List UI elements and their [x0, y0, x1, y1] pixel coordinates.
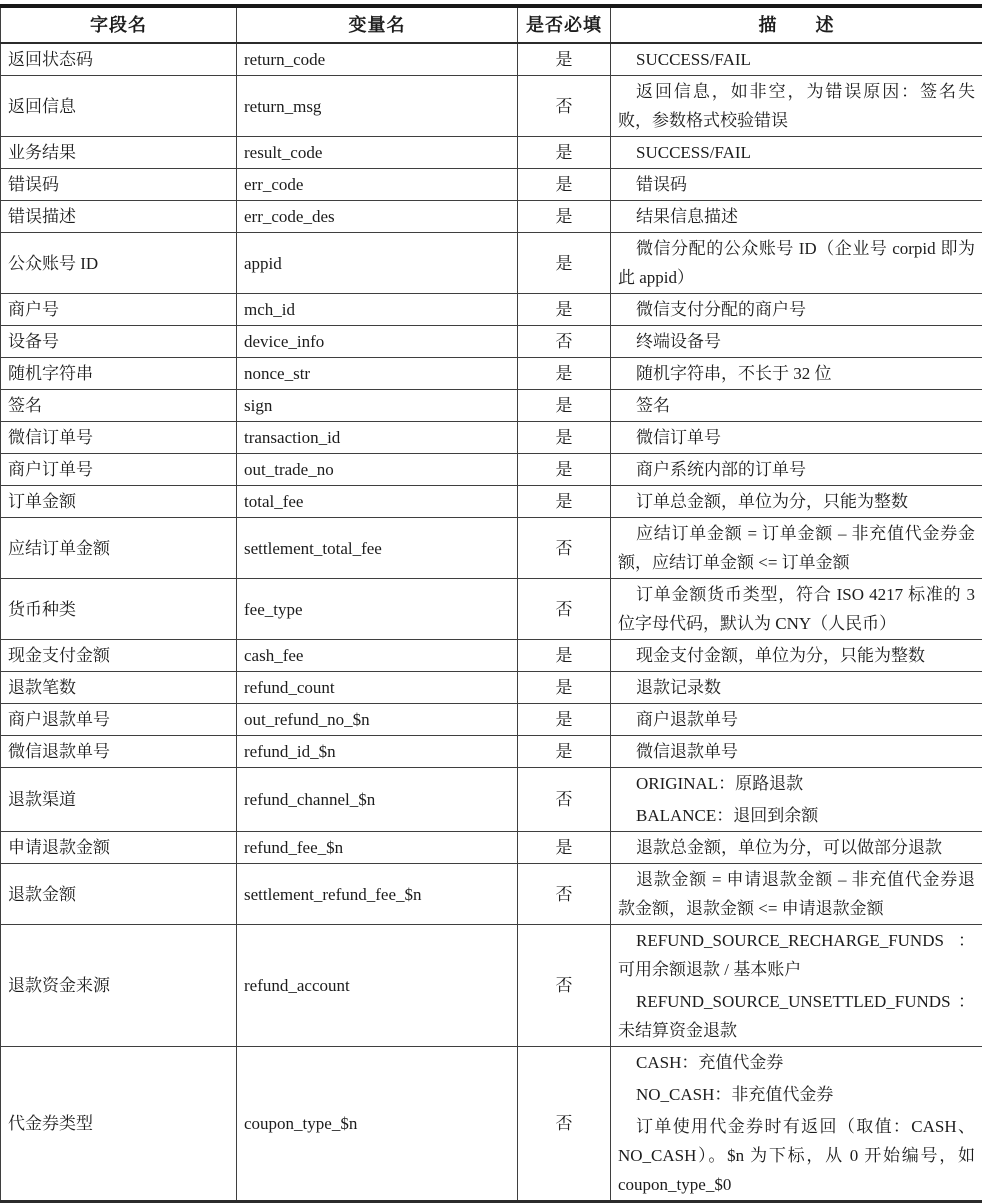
description-paragraph: 退款总金额，单位为分，可以做部分退款	[618, 833, 975, 862]
variable-name-cell: nonce_str	[237, 358, 518, 390]
description-paragraph: 应结订单金额 = 订单金额 – 非充值代金券金额，应结订单金额 <= 订单金额	[618, 519, 975, 577]
variable-name-cell: refund_id_$n	[237, 736, 518, 768]
required-cell: 否	[518, 579, 611, 640]
description-cell: 随机字符串，不长于 32 位	[611, 358, 982, 390]
variable-name-cell: refund_fee_$n	[237, 832, 518, 864]
description-paragraph: 订单总金额，单位为分，只能为整数	[618, 487, 975, 516]
table-row: 签名sign是签名	[1, 390, 982, 422]
description-paragraph: 退款记录数	[618, 673, 975, 702]
description-paragraph: 微信分配的公众账号 ID（企业号 corpid 即为此 appid）	[618, 234, 975, 292]
field-name-cell: 随机字符串	[1, 358, 237, 390]
table-row: 公众账号 IDappid是微信分配的公众账号 ID（企业号 corpid 即为此…	[1, 233, 982, 294]
description-cell: 微信退款单号	[611, 736, 982, 768]
field-name-cell: 商户退款单号	[1, 704, 237, 736]
description-cell: ORIGINAL：原路退款BALANCE：退回到余额	[611, 768, 982, 832]
required-cell: 是	[518, 736, 611, 768]
variable-name-cell: return_msg	[237, 76, 518, 137]
description-paragraph: 结果信息描述	[618, 202, 975, 231]
description-paragraph: CASH：充值代金券	[618, 1048, 975, 1077]
field-name-cell: 错误描述	[1, 201, 237, 233]
table-row: 商户订单号out_trade_no是商户系统内部的订单号	[1, 454, 982, 486]
description-paragraph: 随机字符串，不长于 32 位	[618, 359, 975, 388]
description-paragraph: REFUND_SOURCE_UNSETTLED_FUNDS：未结算资金退款	[618, 987, 975, 1045]
description-cell: 返回信息，如非空，为错误原因：签名失败，参数格式校验错误	[611, 76, 982, 137]
description-paragraph: 商户退款单号	[618, 705, 975, 734]
table-row: 错误描述err_code_des是结果信息描述	[1, 201, 982, 233]
table-row: 商户退款单号out_refund_no_$n是商户退款单号	[1, 704, 982, 736]
column-header-variable: 变量名	[237, 6, 518, 43]
required-cell: 是	[518, 201, 611, 233]
required-cell: 是	[518, 358, 611, 390]
variable-name-cell: out_refund_no_$n	[237, 704, 518, 736]
variable-name-cell: cash_fee	[237, 640, 518, 672]
table-row: 设备号device_info否终端设备号	[1, 326, 982, 358]
table-row: 订单金额total_fee是订单总金额，单位为分，只能为整数	[1, 486, 982, 518]
header-row: 字段名 变量名 是否必填 描 述	[1, 6, 982, 43]
description-cell: 签名	[611, 390, 982, 422]
table-header: 字段名 变量名 是否必填 描 述	[1, 6, 982, 43]
field-name-cell: 签名	[1, 390, 237, 422]
variable-name-cell: fee_type	[237, 579, 518, 640]
field-name-cell: 商户订单号	[1, 454, 237, 486]
description-cell: CASH：充值代金券NO_CASH：非充值代金券订单使用代金券时有返回（取值：C…	[611, 1047, 982, 1202]
table-row: 微信订单号transaction_id是微信订单号	[1, 422, 982, 454]
required-cell: 是	[518, 169, 611, 201]
table-row: 返回信息return_msg否返回信息，如非空，为错误原因：签名失败，参数格式校…	[1, 76, 982, 137]
required-cell: 否	[518, 1047, 611, 1202]
table-row: 随机字符串nonce_str是随机字符串，不长于 32 位	[1, 358, 982, 390]
description-paragraph: 返回信息，如非空，为错误原因：签名失败，参数格式校验错误	[618, 77, 975, 135]
description-paragraph: SUCCESS/FAIL	[618, 45, 975, 74]
required-cell: 是	[518, 832, 611, 864]
variable-name-cell: refund_channel_$n	[237, 768, 518, 832]
variable-name-cell: out_trade_no	[237, 454, 518, 486]
field-name-cell: 错误码	[1, 169, 237, 201]
description-paragraph: 现金支付金额，单位为分，只能为整数	[618, 641, 975, 670]
description-paragraph: REFUND_SOURCE_RECHARGE_FUNDS：可用余额退款 / 基本…	[618, 926, 975, 984]
required-cell: 是	[518, 294, 611, 326]
table-row: 申请退款金额refund_fee_$n是退款总金额，单位为分，可以做部分退款	[1, 832, 982, 864]
description-cell: 微信分配的公众账号 ID（企业号 corpid 即为此 appid）	[611, 233, 982, 294]
field-name-cell: 退款金额	[1, 864, 237, 925]
description-paragraph: SUCCESS/FAIL	[618, 138, 975, 167]
variable-name-cell: transaction_id	[237, 422, 518, 454]
table-row: 现金支付金额cash_fee是现金支付金额，单位为分，只能为整数	[1, 640, 982, 672]
required-cell: 是	[518, 233, 611, 294]
field-name-cell: 退款渠道	[1, 768, 237, 832]
variable-name-cell: result_code	[237, 137, 518, 169]
table-row: 业务结果result_code是SUCCESS/FAIL	[1, 137, 982, 169]
required-cell: 否	[518, 925, 611, 1047]
table-row: 退款资金来源refund_account否REFUND_SOURCE_RECHA…	[1, 925, 982, 1047]
required-cell: 否	[518, 326, 611, 358]
required-cell: 是	[518, 454, 611, 486]
table-row: 退款金额settlement_refund_fee_$n否退款金额 = 申请退款…	[1, 864, 982, 925]
required-cell: 否	[518, 768, 611, 832]
required-cell: 否	[518, 76, 611, 137]
required-cell: 是	[518, 640, 611, 672]
description-cell: 现金支付金额，单位为分，只能为整数	[611, 640, 982, 672]
variable-name-cell: settlement_refund_fee_$n	[237, 864, 518, 925]
field-name-cell: 货币种类	[1, 579, 237, 640]
variable-name-cell: device_info	[237, 326, 518, 358]
description-paragraph: 退款金额 = 申请退款金额 – 非充值代金券退款金额，退款金额 <= 申请退款金…	[618, 865, 975, 923]
variable-name-cell: settlement_total_fee	[237, 518, 518, 579]
field-name-cell: 商户号	[1, 294, 237, 326]
description-paragraph: ORIGINAL：原路退款	[618, 769, 975, 798]
api-fields-table: 字段名 变量名 是否必填 描 述 返回状态码return_code是SUCCES…	[0, 4, 982, 1203]
description-paragraph: 签名	[618, 391, 975, 420]
description-cell: REFUND_SOURCE_RECHARGE_FUNDS：可用余额退款 / 基本…	[611, 925, 982, 1047]
description-cell: SUCCESS/FAIL	[611, 137, 982, 169]
description-cell: 错误码	[611, 169, 982, 201]
required-cell: 是	[518, 43, 611, 76]
column-header-description: 描 述	[611, 6, 982, 43]
description-cell: 退款金额 = 申请退款金额 – 非充值代金券退款金额，退款金额 <= 申请退款金…	[611, 864, 982, 925]
table-row: 商户号mch_id是微信支付分配的商户号	[1, 294, 982, 326]
description-paragraph: 订单使用代金券时有返回（取值：CASH、NO_CASH）。$n 为下标，从 0 …	[618, 1112, 975, 1199]
field-name-cell: 申请退款金额	[1, 832, 237, 864]
variable-name-cell: sign	[237, 390, 518, 422]
description-cell: 应结订单金额 = 订单金额 – 非充值代金券金额，应结订单金额 <= 订单金额	[611, 518, 982, 579]
description-paragraph: 错误码	[618, 170, 975, 199]
description-paragraph: NO_CASH：非充值代金券	[618, 1080, 975, 1109]
description-paragraph: 微信退款单号	[618, 737, 975, 766]
description-paragraph: BALANCE：退回到余额	[618, 801, 975, 830]
description-paragraph: 微信支付分配的商户号	[618, 295, 975, 324]
required-cell: 是	[518, 672, 611, 704]
required-cell: 是	[518, 704, 611, 736]
required-cell: 否	[518, 864, 611, 925]
description-cell: 结果信息描述	[611, 201, 982, 233]
required-cell: 是	[518, 422, 611, 454]
table-row: 返回状态码return_code是SUCCESS/FAIL	[1, 43, 982, 76]
table-row: 微信退款单号refund_id_$n是微信退款单号	[1, 736, 982, 768]
description-cell: 商户系统内部的订单号	[611, 454, 982, 486]
field-name-cell: 业务结果	[1, 137, 237, 169]
variable-name-cell: refund_count	[237, 672, 518, 704]
field-name-cell: 公众账号 ID	[1, 233, 237, 294]
description-cell: SUCCESS/FAIL	[611, 43, 982, 76]
table-row: 退款笔数refund_count是退款记录数	[1, 672, 982, 704]
column-header-field: 字段名	[1, 6, 237, 43]
description-cell: 微信支付分配的商户号	[611, 294, 982, 326]
table-row: 代金券类型coupon_type_$n否CASH：充值代金券NO_CASH：非充…	[1, 1047, 982, 1202]
field-name-cell: 代金券类型	[1, 1047, 237, 1202]
field-name-cell: 返回信息	[1, 76, 237, 137]
description-cell: 订单金额货币类型，符合 ISO 4217 标准的 3 位字母代码，默认为 CNY…	[611, 579, 982, 640]
table-row: 货币种类fee_type否订单金额货币类型，符合 ISO 4217 标准的 3 …	[1, 579, 982, 640]
description-cell: 订单总金额，单位为分，只能为整数	[611, 486, 982, 518]
required-cell: 是	[518, 137, 611, 169]
variable-name-cell: coupon_type_$n	[237, 1047, 518, 1202]
table-row: 退款渠道refund_channel_$n否ORIGINAL：原路退款BALAN…	[1, 768, 982, 832]
variable-name-cell: err_code_des	[237, 201, 518, 233]
field-name-cell: 返回状态码	[1, 43, 237, 76]
column-header-required: 是否必填	[518, 6, 611, 43]
description-paragraph: 订单金额货币类型，符合 ISO 4217 标准的 3 位字母代码，默认为 CNY…	[618, 580, 975, 638]
table-row: 应结订单金额settlement_total_fee否应结订单金额 = 订单金额…	[1, 518, 982, 579]
required-cell: 是	[518, 486, 611, 518]
required-cell: 否	[518, 518, 611, 579]
field-name-cell: 退款笔数	[1, 672, 237, 704]
variable-name-cell: return_code	[237, 43, 518, 76]
description-cell: 退款总金额，单位为分，可以做部分退款	[611, 832, 982, 864]
field-name-cell: 订单金额	[1, 486, 237, 518]
description-cell: 商户退款单号	[611, 704, 982, 736]
variable-name-cell: mch_id	[237, 294, 518, 326]
variable-name-cell: appid	[237, 233, 518, 294]
description-paragraph: 微信订单号	[618, 423, 975, 452]
field-name-cell: 微信退款单号	[1, 736, 237, 768]
field-name-cell: 设备号	[1, 326, 237, 358]
required-cell: 是	[518, 390, 611, 422]
description-cell: 退款记录数	[611, 672, 982, 704]
variable-name-cell: total_fee	[237, 486, 518, 518]
description-cell: 终端设备号	[611, 326, 982, 358]
field-name-cell: 退款资金来源	[1, 925, 237, 1047]
table-row: 错误码err_code是错误码	[1, 169, 982, 201]
table-body: 返回状态码return_code是SUCCESS/FAIL返回信息return_…	[1, 43, 982, 1202]
variable-name-cell: err_code	[237, 169, 518, 201]
variable-name-cell: refund_account	[237, 925, 518, 1047]
field-name-cell: 应结订单金额	[1, 518, 237, 579]
field-name-cell: 微信订单号	[1, 422, 237, 454]
description-paragraph: 商户系统内部的订单号	[618, 455, 975, 484]
description-paragraph: 终端设备号	[618, 327, 975, 356]
field-name-cell: 现金支付金额	[1, 640, 237, 672]
description-cell: 微信订单号	[611, 422, 982, 454]
